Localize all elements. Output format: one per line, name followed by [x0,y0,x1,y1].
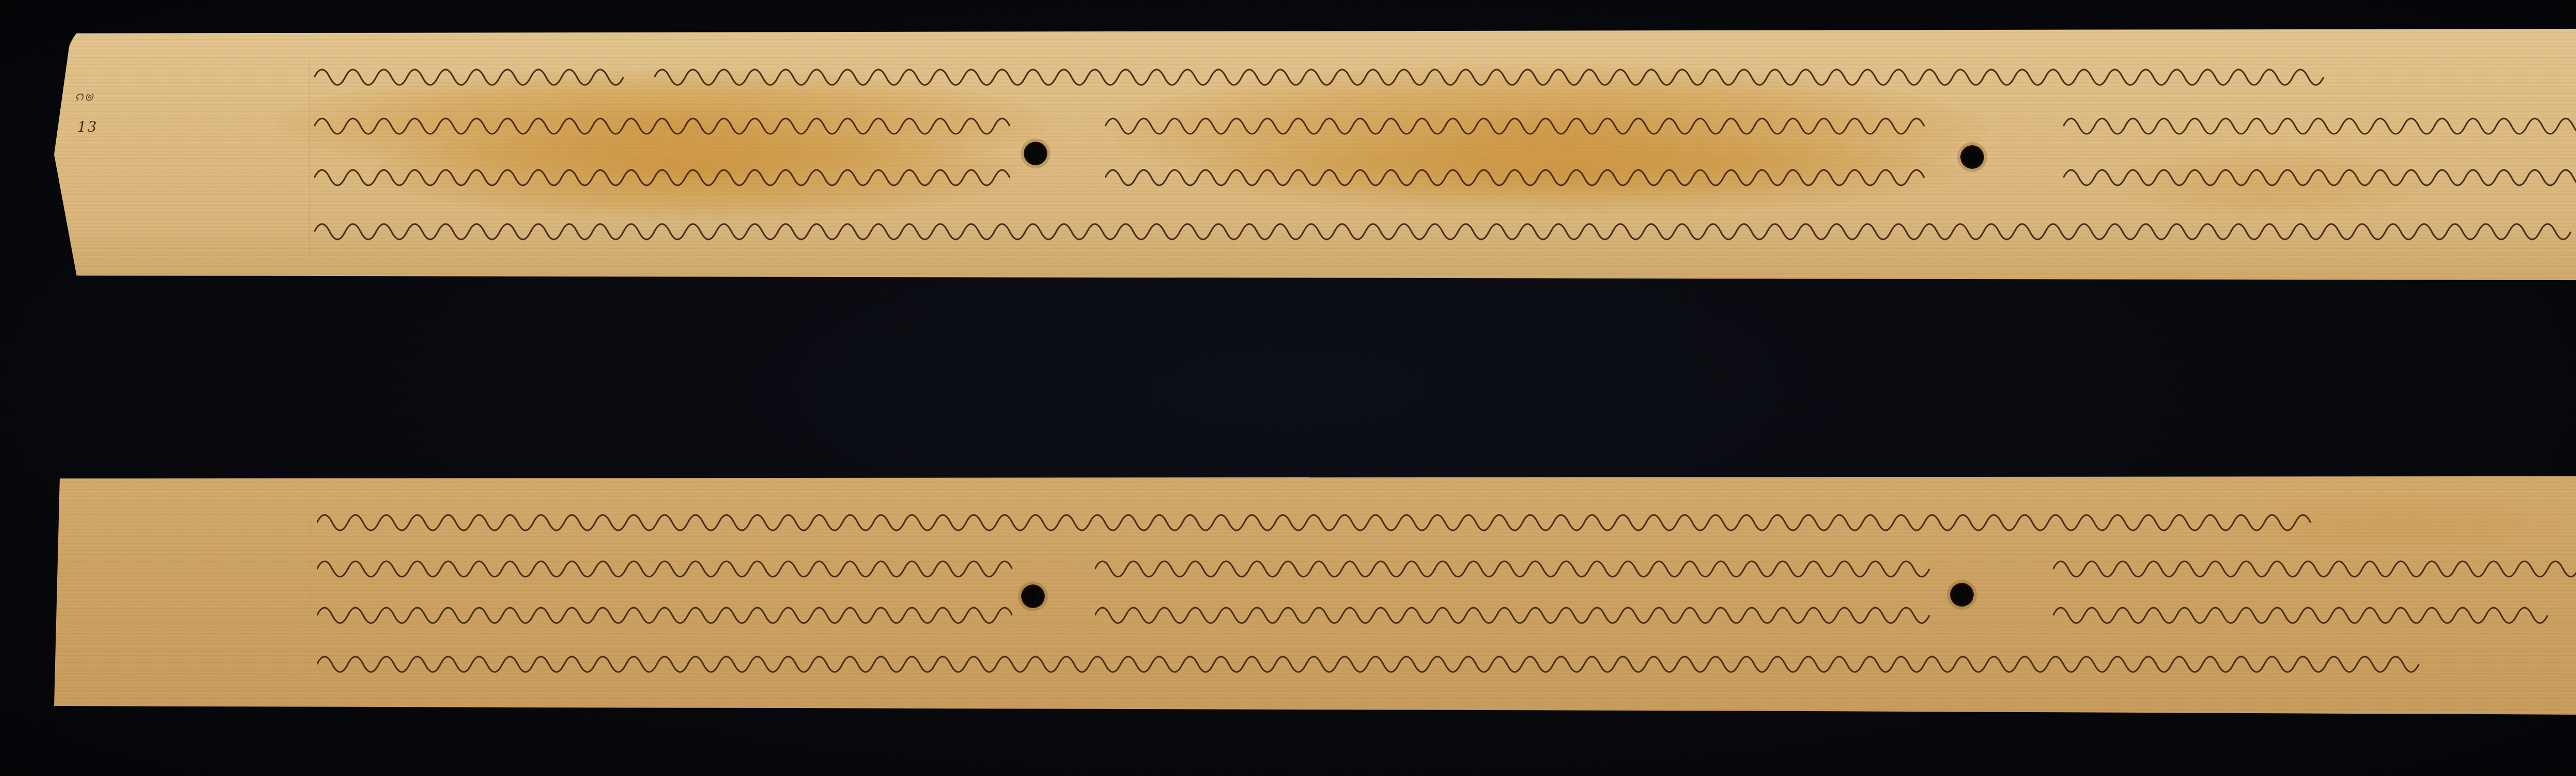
text-line-1 [317,499,2576,536]
string-hole-left [1024,142,1047,165]
text-line-3-right [2053,592,2553,628]
margin-ruling [309,59,310,255]
text-line-3-center [1105,154,1929,191]
string-hole-right [1960,145,1984,169]
text-line-3-right [2063,154,2576,191]
text-line-2-left [314,103,1020,139]
text-line-2-right [2053,546,2576,582]
text-line-2-center [1095,546,1935,582]
string-hole-left [1021,584,1045,608]
text-line-3-left [317,592,1012,628]
margin-ruling [312,499,312,690]
text-line-2-center [1105,103,1929,139]
folio-number-script: ၵၑ [75,85,94,108]
text-line-2-left [317,546,1012,582]
folio-number-arabic: 13 [77,118,98,135]
text-line-2-right [2063,103,2576,139]
palm-leaf-bottom [54,471,2576,716]
text-line-3-left [314,154,1020,191]
palm-leaf-top: ၵၑ 13 [54,28,2576,281]
text-line-4 [314,209,2576,245]
text-line-3-center [1095,592,1935,628]
text-line-1 [314,54,2354,90]
string-hole-right [1950,583,1974,607]
text-line-4 [317,641,2576,677]
